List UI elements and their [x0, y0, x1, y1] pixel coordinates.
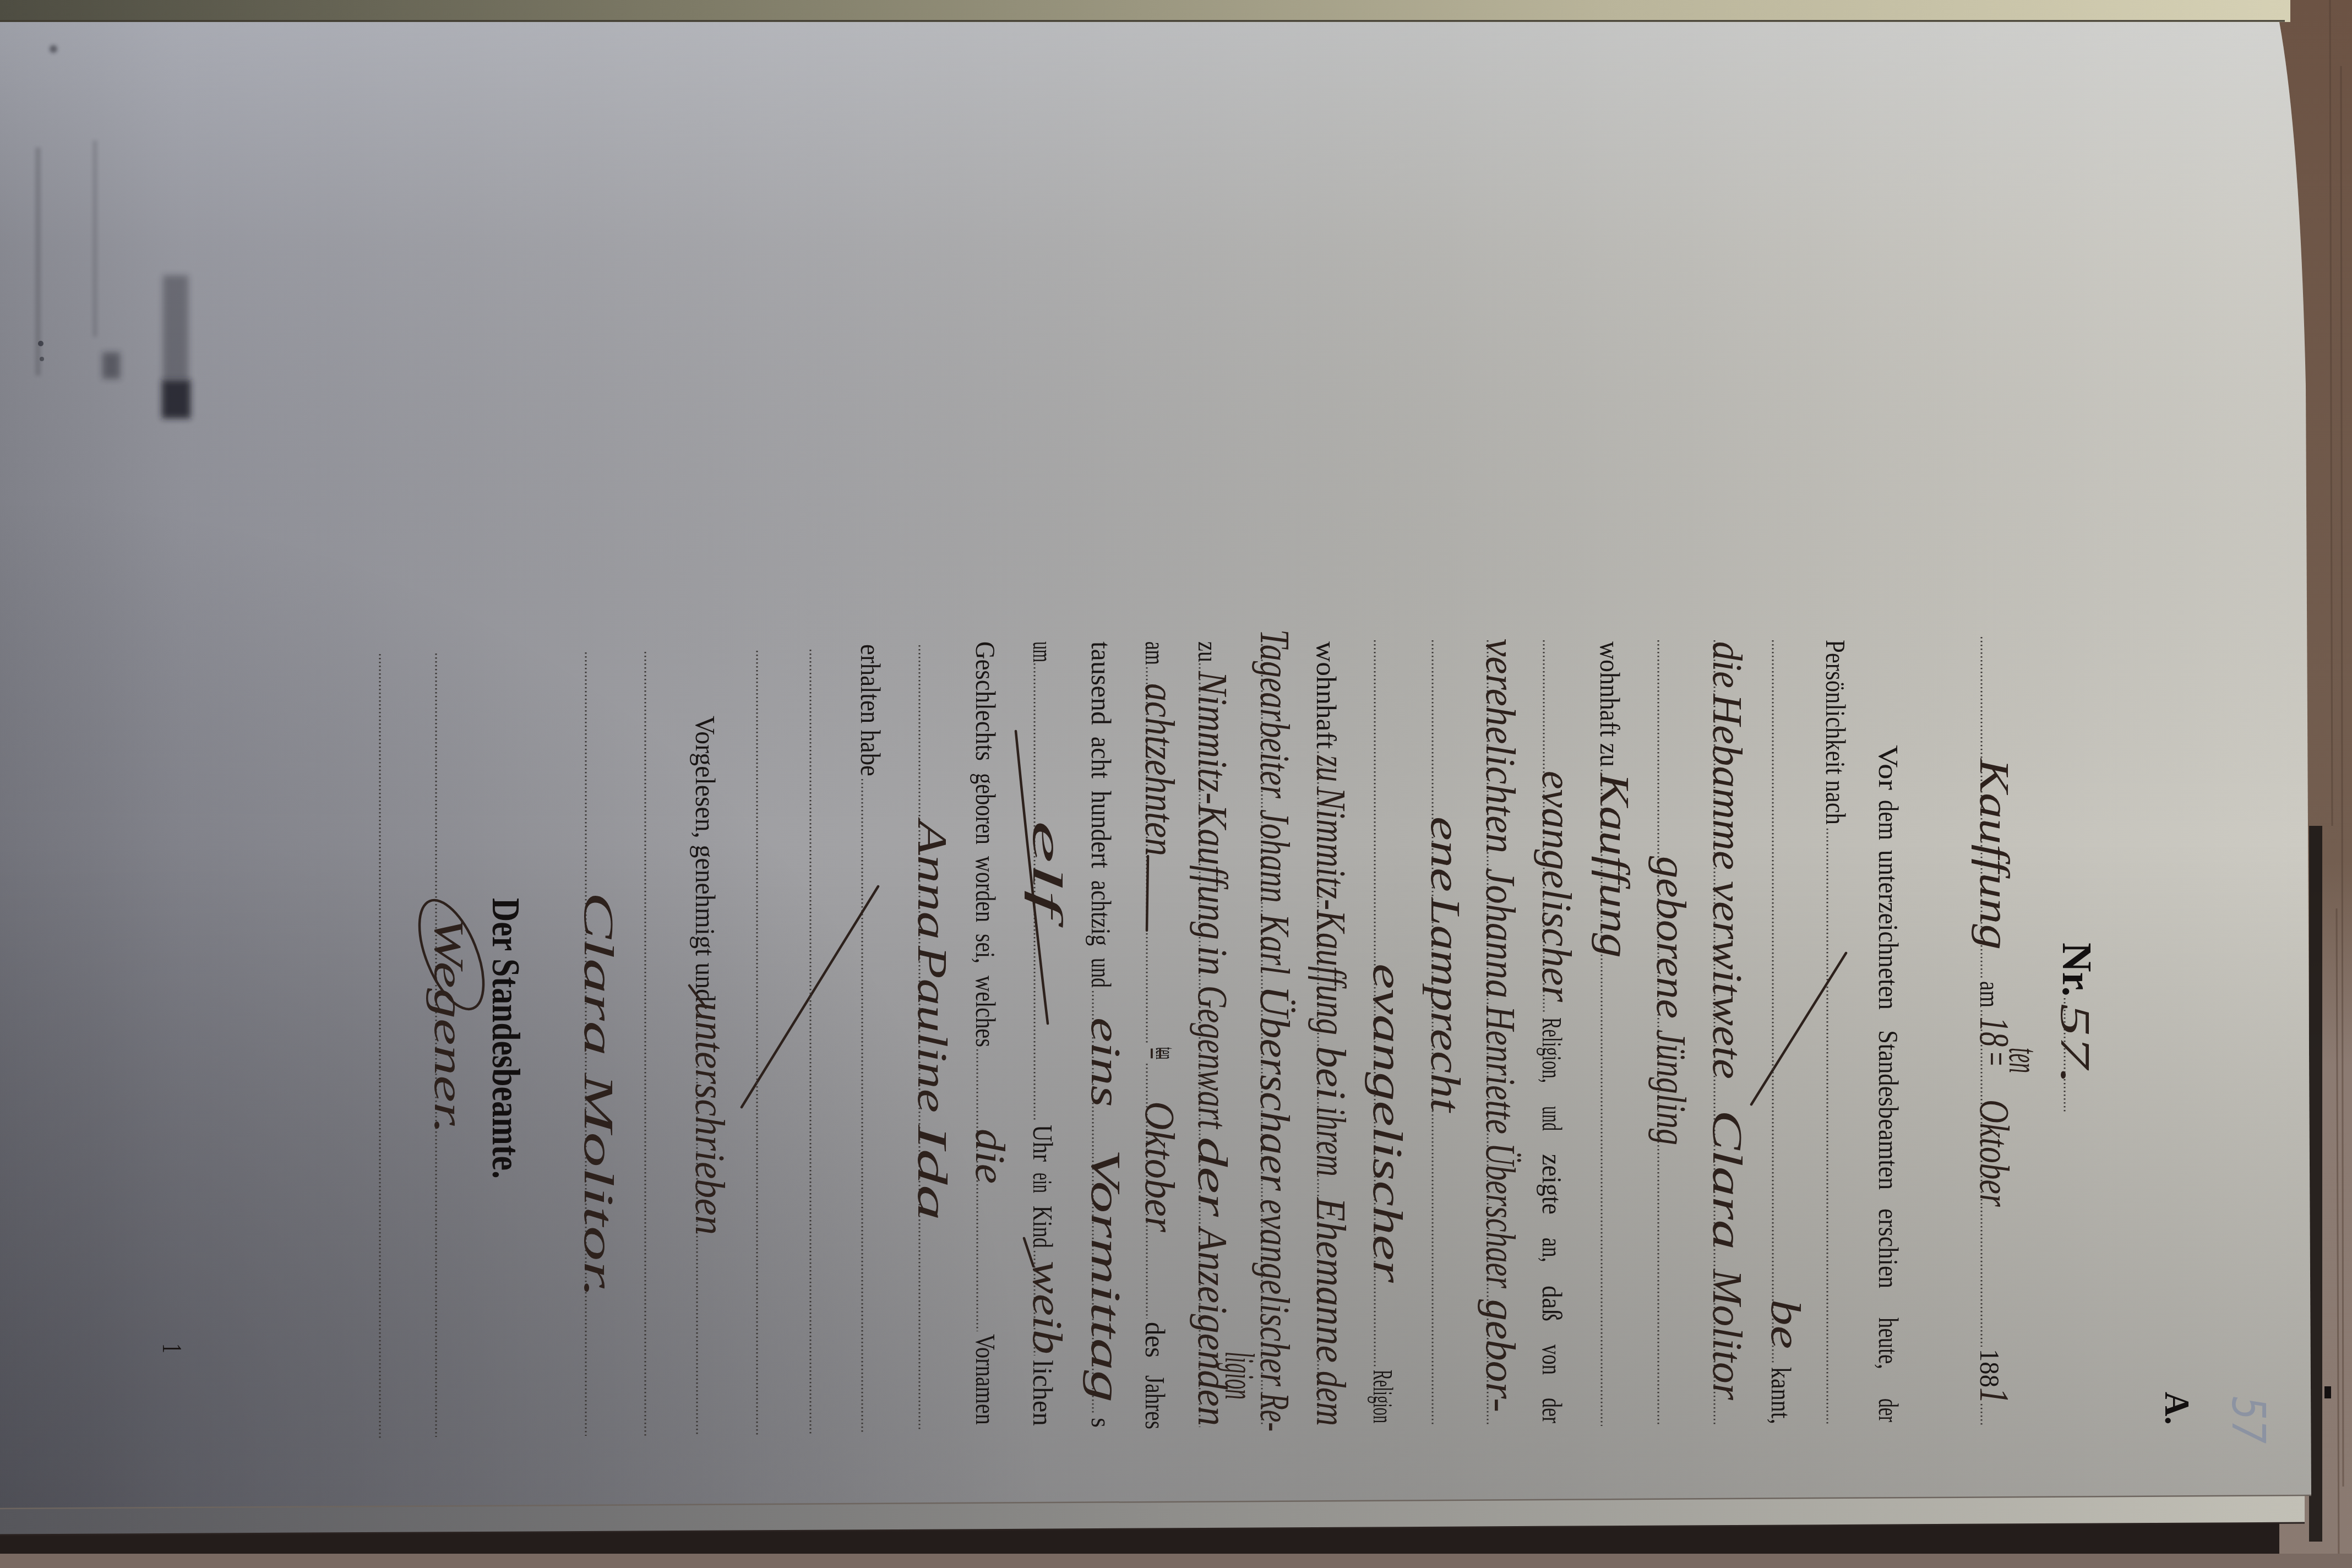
top-page-edge [0, 0, 2290, 22]
birth-day-mark: = [1133, 1046, 1179, 1060]
pencil-folio-number: 57 [2222, 1396, 2275, 1444]
mother-religion-label: Religion [1368, 1370, 1398, 1423]
vornamen-label: Vornamen [970, 1334, 1001, 1425]
birth-month-written: Oktober [1136, 1101, 1183, 1232]
year-printed-word: und [1086, 958, 1117, 988]
cover-edge-shadow [2309, 826, 2322, 1542]
erhalten-label: erhalten habe [855, 644, 886, 776]
father-word: Tagearbeiter [1251, 629, 1298, 798]
section-letter: A. [2158, 1392, 2197, 1425]
official-signature: Wegener. [426, 917, 472, 1134]
informant-religion: evangelischer [1533, 771, 1580, 1002]
father-word: Überschaer [1251, 986, 1298, 1191]
birth-hour-written: elf [1024, 820, 1070, 928]
year-printed-word: achtzig [1086, 880, 1117, 946]
mother-name-word: gebor- [1477, 1299, 1523, 1412]
ink-spot [50, 45, 57, 53]
year-printed-word: acht [1086, 737, 1117, 778]
child-printed-word: geboren [970, 773, 1001, 845]
sex-written: weib [1024, 1261, 1070, 1354]
identity-label: Persönlichkeit nach [1820, 640, 1851, 825]
birth-date-label: am [1140, 641, 1170, 665]
informant-signature: Clara Molitor. [575, 892, 622, 1298]
bleed-through-dots [92, 140, 97, 337]
statement-word: der [1537, 1398, 1567, 1423]
birth-place-word: Anzeigenden [1189, 1225, 1235, 1426]
statement-word: daß [1537, 1286, 1567, 1321]
informant-birth-name-word: geborene [1648, 856, 1694, 1019]
time-printed-word: Kind [1027, 1206, 1058, 1248]
time-printed-word: ein [1027, 1173, 1058, 1193]
mother-name-word: Johanna [1477, 868, 1523, 998]
child-given-name: Anna [909, 816, 955, 940]
registry-day-mark: = [1973, 1050, 2019, 1067]
mother-residence-word: bei [1308, 1046, 1354, 1099]
filler-stroke [1147, 856, 1148, 930]
birth-place-label: zu [1193, 641, 1223, 662]
bleed-through-blob [102, 352, 120, 379]
informant-residence-label: wohnhaft zu [1594, 641, 1625, 767]
cover-mark [2324, 1386, 2331, 1398]
mother-residence-label: wohnhaft [1311, 641, 1342, 749]
sex-suffix: lichen [1027, 1360, 1058, 1426]
identity-suffix: kannt, [1766, 1367, 1796, 1424]
birth-day-written: achtzehnten [1136, 683, 1183, 856]
child-given-name: Ida [909, 1124, 955, 1221]
mother-religion: evangelischer [1364, 963, 1411, 1283]
mother-maiden-name-word: ene [1422, 816, 1468, 892]
mother-residence-word: Nimmitz-Kauffung [1308, 787, 1354, 1035]
intro-word: Vor [1873, 745, 1904, 790]
informant-name-word: die [1704, 641, 1750, 688]
intro-word: unterzeichneten [1873, 850, 1904, 1010]
informant-name-word: Clara [1704, 1110, 1750, 1250]
year-printed-word: hundert [1086, 791, 1117, 868]
year-written: eins [1082, 1017, 1129, 1107]
child-printed-word: Geschlechts [970, 641, 1001, 761]
registry-month: Oktober [1971, 1099, 2017, 1207]
child-printed-word: sei, [970, 934, 1001, 963]
bleed-through-text-dark [162, 380, 190, 418]
child-given-name: Pauline [909, 945, 955, 1113]
informant-name-word: Hebamme [1704, 693, 1750, 870]
official-title: Der Standesbeamte. [484, 898, 528, 1179]
closing-printed: Vorgelesen, genehmigt und [690, 716, 721, 1002]
daytime-suffix: s [1086, 1418, 1117, 1428]
intro-word: der [1873, 1398, 1904, 1422]
registry-place: Kauffung [1971, 758, 2017, 950]
informant-name-word: Molitor [1704, 1269, 1750, 1400]
mother-residence-word: ihrem [1308, 1107, 1354, 1177]
registry-year-printed: 188 [1974, 1349, 2005, 1387]
time-printed-word: Uhr [1027, 1125, 1058, 1162]
label-am: am [1974, 981, 2005, 1008]
intro-word: dem [1873, 800, 1904, 840]
daytime-written: Vormittag [1082, 1149, 1129, 1402]
child-printed-word: worden [970, 856, 1001, 922]
statement-word: von [1537, 1344, 1567, 1375]
birth-place-word: in [1189, 946, 1235, 976]
mother-name-word: verehelichten [1477, 639, 1523, 853]
entry-number-label: Nr. [2054, 943, 2100, 997]
statement-word: zeigte [1537, 1154, 1567, 1215]
mother-name-word: Henriette [1477, 1005, 1523, 1134]
bleed-through-text-block [163, 275, 188, 380]
mother-maiden-name-word: Lamprecht [1422, 897, 1468, 1113]
mother-residence-word: zu [1308, 755, 1354, 782]
mother-residence-word: Ehemanne [1308, 1197, 1354, 1363]
registry-year-written: 1 [1971, 1387, 2017, 1404]
informant-name-word: verwitwete [1704, 881, 1750, 1079]
informant-residence: Kauffung [1591, 772, 1637, 958]
time-label: um [1027, 641, 1058, 662]
entry-number-value: 57. [2052, 1004, 2098, 1085]
child-article-written: die [967, 1129, 1013, 1184]
ink-spot [38, 341, 43, 346]
father-word: Karl [1251, 913, 1298, 974]
identity-prefix-written: be [1762, 1299, 1809, 1349]
intro-word: heute, [1873, 1317, 1904, 1369]
des-jahres-word: Jahres [1140, 1375, 1170, 1429]
mother-residence-word: dem [1308, 1371, 1354, 1426]
child-printed-word: welches [970, 976, 1001, 1047]
intro-word: erschien [1873, 1208, 1904, 1288]
birth-place-word: Gegenwart [1189, 986, 1235, 1129]
father-word: Johann [1251, 809, 1298, 903]
intro-word: Standesbeamten [1873, 1030, 1904, 1190]
register-page-photo: A. 57 1 Nr. 57. Kauffung am 18 ten = Okt… [0, 0, 2352, 1568]
statement-word: und [1537, 1106, 1567, 1131]
closing-written: unterschrieben [687, 1002, 733, 1235]
des-jahres-word: des [1140, 1322, 1170, 1358]
mother-name-word: Überschaer [1477, 1143, 1523, 1288]
birth-place-word: Nimmitz-Kauffung [1189, 671, 1235, 940]
ink-spot [40, 357, 44, 361]
sheet-signature: 1 [157, 1343, 188, 1353]
year-printed-word: tausend [1086, 641, 1117, 725]
birth-place-word: der [1189, 1137, 1235, 1217]
statement-word: Religion, [1537, 1017, 1567, 1083]
registry-day: 18 [1971, 1017, 2017, 1047]
bottom-cover [0, 1554, 2352, 1568]
statement-word: an, [1537, 1238, 1567, 1262]
informant-birth-name-word: Jüngling [1648, 1030, 1694, 1145]
